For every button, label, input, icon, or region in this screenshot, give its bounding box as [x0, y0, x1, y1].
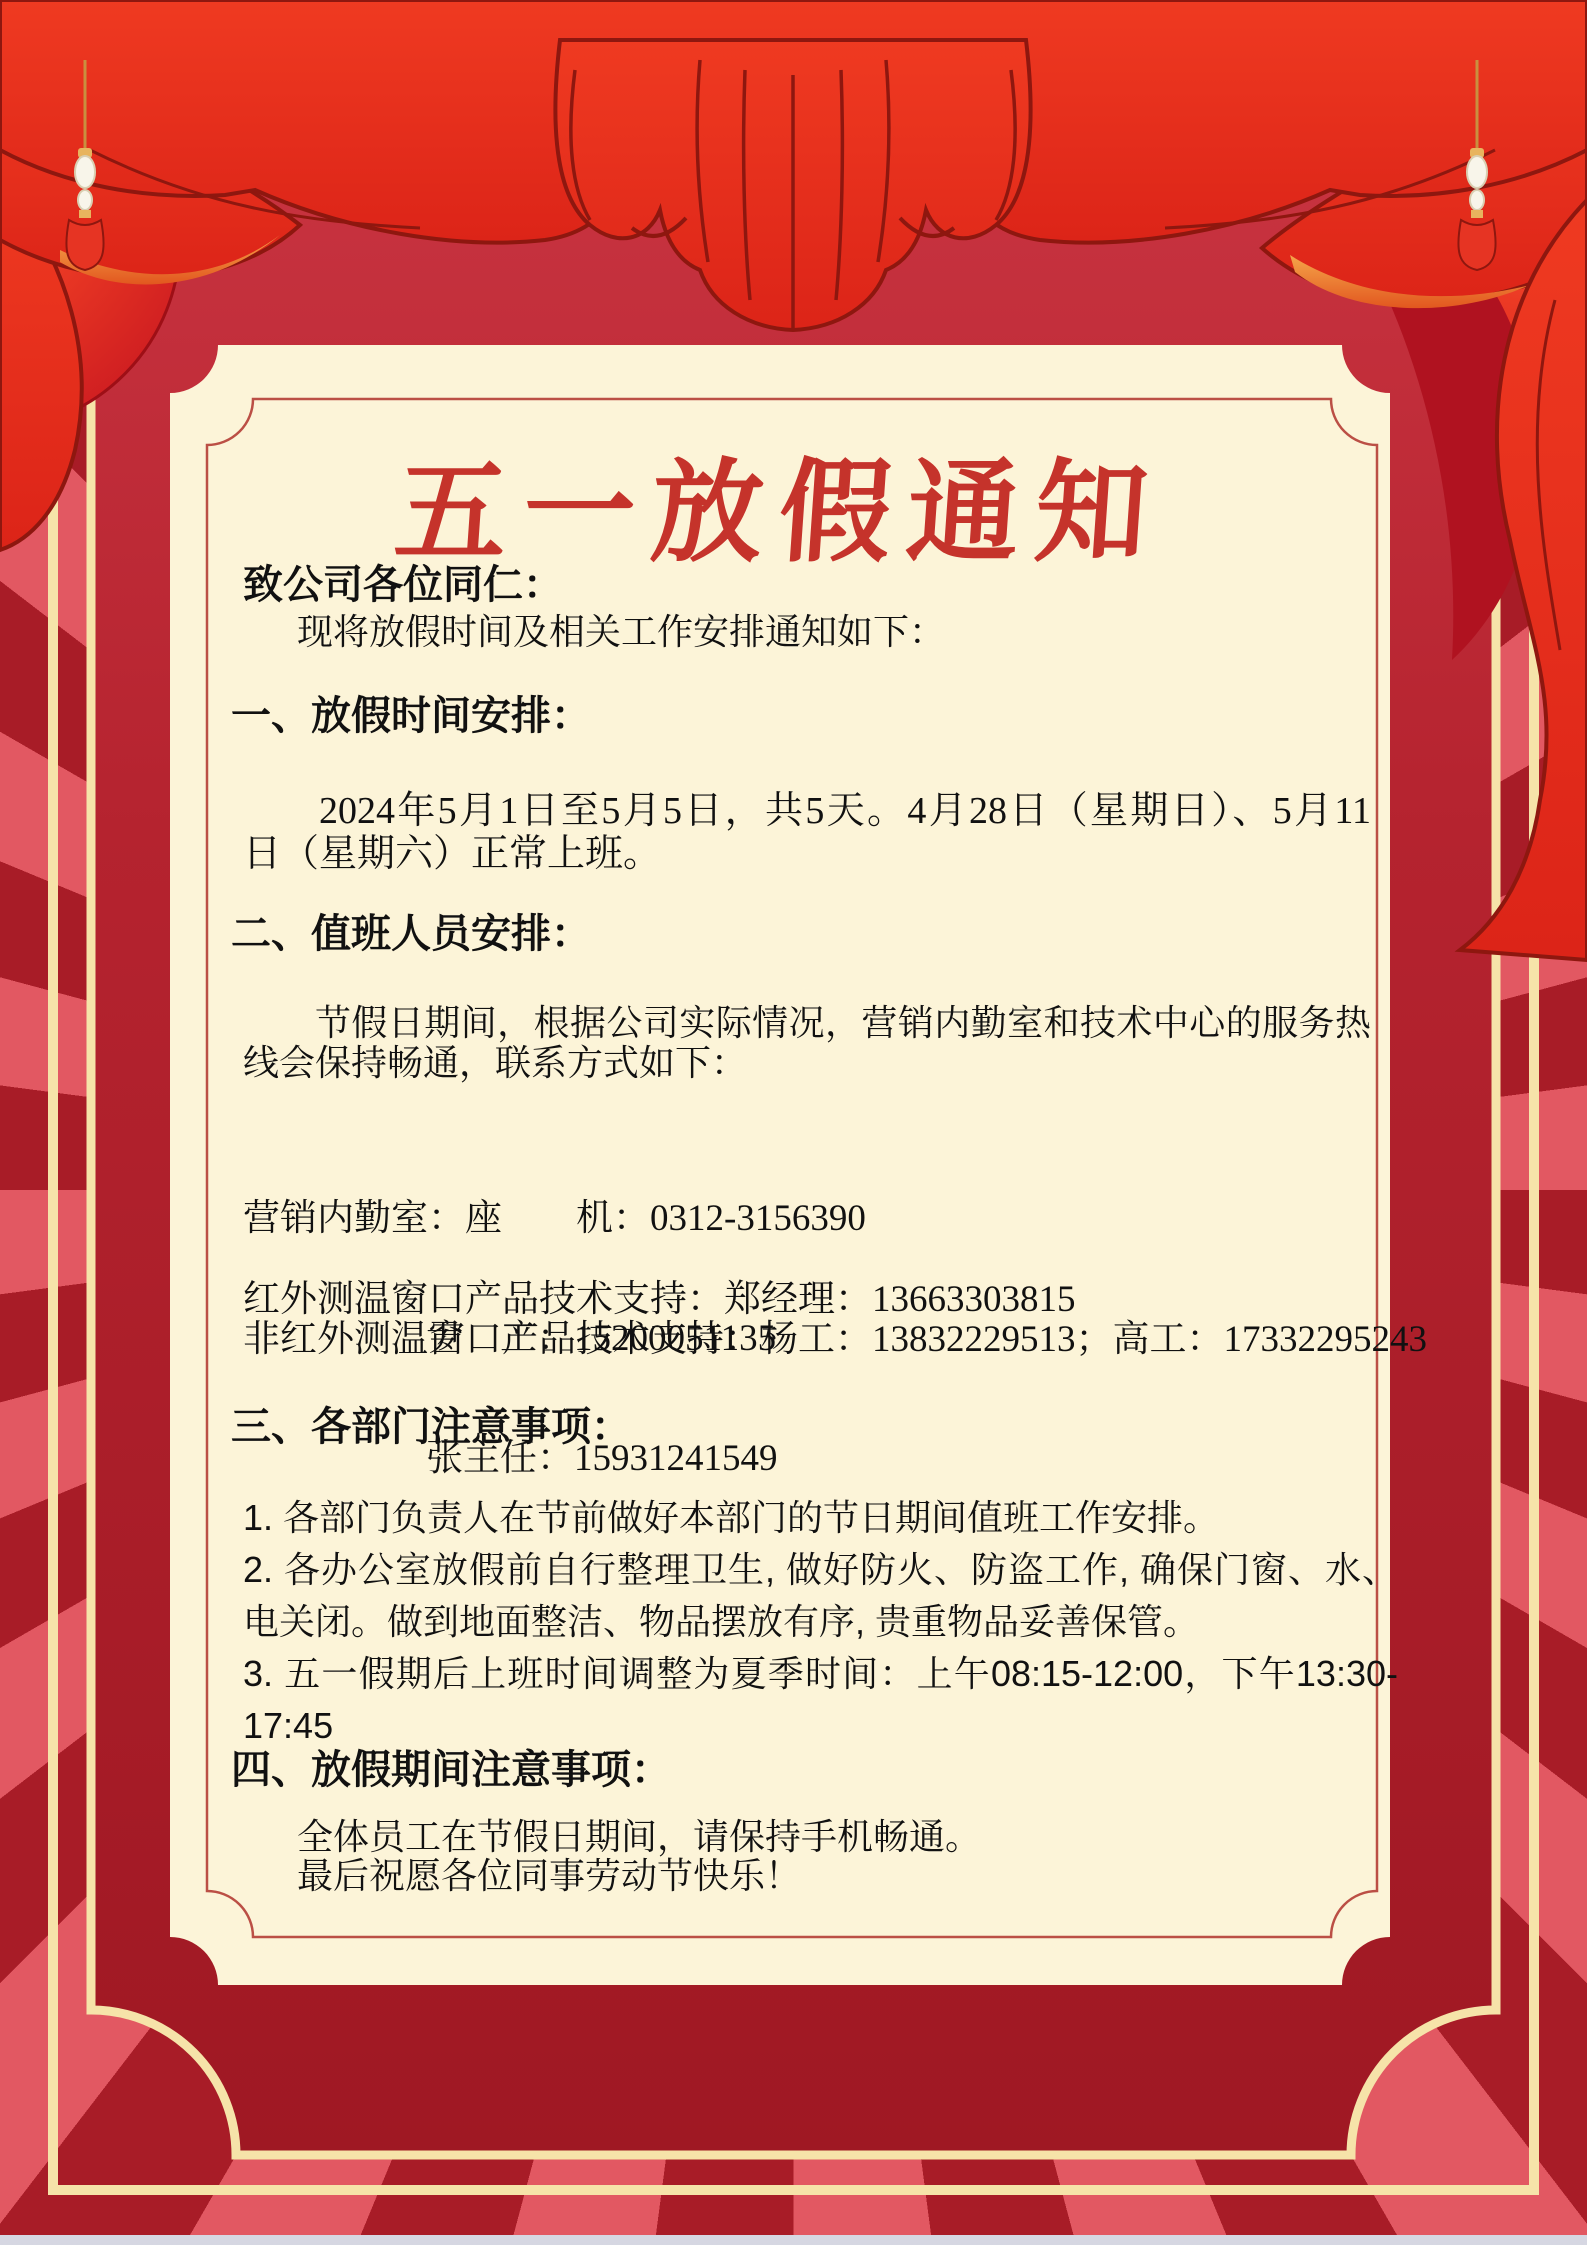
phone-line: 营销内勤室：座 机：0312-3156390	[243, 1199, 866, 1239]
holiday-note-line: 全体员工在节假日期间，请保持手机畅通。	[297, 1817, 981, 1857]
tech-support-list: 红外测温窗口产品技术支持：郑经理：13663303815 非红外测温窗口产品技术…	[243, 1280, 1427, 1360]
support-line: 非红外测温窗口产品技术支持：杨工：13832229513；高工：17332295…	[243, 1320, 1427, 1360]
curtain-decoration	[0, 0, 1587, 980]
curtain-medallion	[555, 40, 1030, 330]
section4-heading: 四、放假期间注意事项：	[231, 1746, 671, 1794]
list-item: 1. 各部门负责人在节前做好本部门的节日期间值班工作安排。	[243, 1492, 1398, 1544]
closing-line: 最后祝愿各位同事劳动节快乐！	[297, 1856, 801, 1896]
page-bottom-strip	[0, 2235, 1587, 2245]
list-item: 2. 各办公室放假前自行整理卫生, 做好防火、防盗工作, 确保门窗、水、电关闭。…	[243, 1544, 1398, 1648]
section3-heading: 三、各部门注意事项：	[231, 1403, 631, 1451]
support-line: 红外测温窗口产品技术支持：郑经理：13663303815	[243, 1280, 1427, 1320]
holiday-notice-poster: { "notice": { "title": "五一放假通知", "greeti…	[0, 0, 1587, 2245]
duty-paragraph: 节假日期间，根据公司实际情况，营销内勤室和技术中心的服务热线会保持畅通，联系方式…	[243, 1003, 1371, 1083]
department-notes-list: 1. 各部门负责人在节前做好本部门的节日期间值班工作安排。 2. 各办公室放假前…	[243, 1492, 1398, 1752]
list-item: 3. 五一假期后上班时间调整为夏季时间：上午08:15-12:00，下午13:3…	[243, 1648, 1398, 1752]
